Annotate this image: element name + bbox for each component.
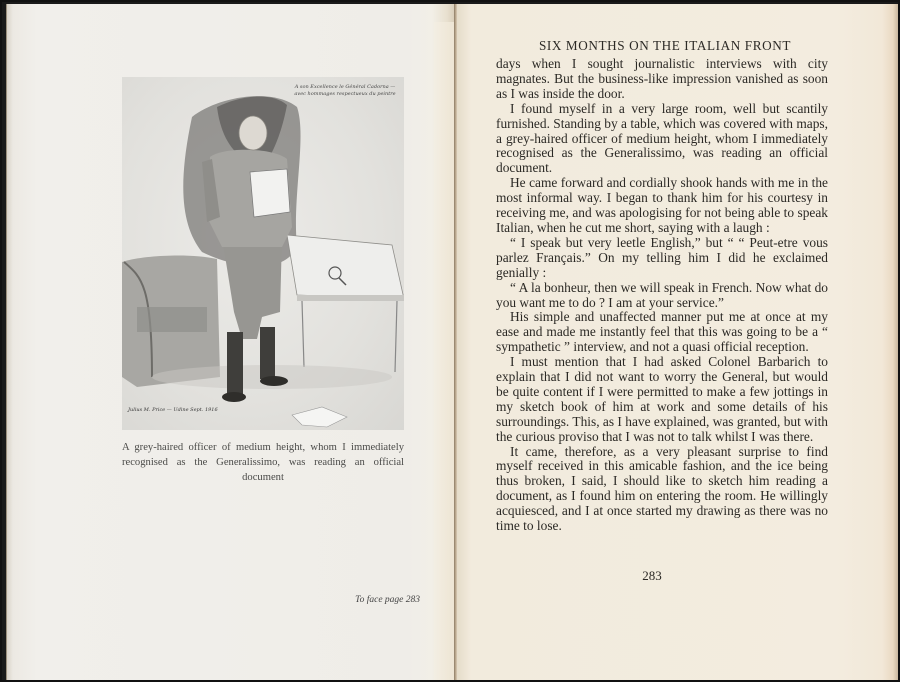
- running-head: SIX MONTHS ON THE ITALIAN FRONT: [502, 38, 828, 54]
- page-number: 283: [622, 568, 682, 584]
- officer-sketch-illustration: [122, 77, 404, 430]
- paragraph: days when I sought journalistic intervie…: [496, 57, 828, 102]
- plate-caption: A grey-haired officer of medium height, …: [122, 440, 404, 485]
- book-spread: A son Excellence le Général Cadorna — av…: [0, 0, 900, 682]
- paragraph: It came, therefore, as a very pleasant s…: [496, 445, 828, 534]
- paragraph: I found myself in a very large room, wel…: [496, 102, 828, 177]
- illustration-plate: A son Excellence le Général Cadorna — av…: [122, 77, 404, 430]
- artist-signature: Julius M. Price — Udine Sept. 1916: [128, 407, 218, 414]
- paragraph: He came forward and cordially shook hand…: [496, 176, 828, 236]
- paragraph: “ A la bonheur, then we will speak in Fr…: [496, 281, 828, 311]
- facing-page-note: To face page 283: [302, 595, 420, 605]
- page-edge: [434, 22, 456, 680]
- paragraph: His simple and unaffected manner put me …: [496, 310, 828, 355]
- paragraph: “ I speak but very leetle English,” but …: [496, 236, 828, 281]
- body-text: days when I sought journalistic intervie…: [496, 57, 828, 534]
- plate-dedication: A son Excellence le Général Cadorna — av…: [290, 84, 400, 98]
- paragraph: I must mention that I had asked Colonel …: [496, 355, 828, 444]
